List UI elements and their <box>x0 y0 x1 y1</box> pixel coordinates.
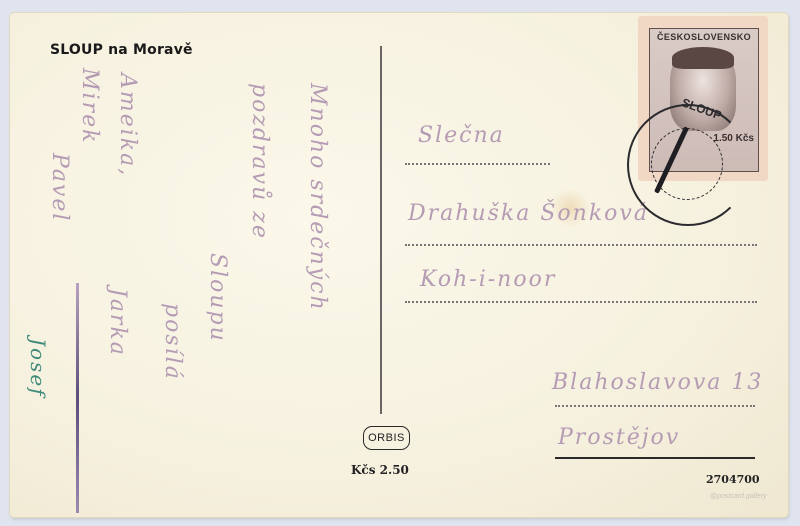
address-rule <box>555 405 755 407</box>
serial-number: 2704700 <box>706 473 760 486</box>
postmark-inner-ring <box>651 128 723 200</box>
address-line: Blahoslavova 13 <box>552 370 763 395</box>
message-line: Jarka <box>105 288 130 357</box>
address-rule <box>405 163 550 165</box>
address-line: Drahuška Šonková <box>408 201 649 226</box>
publisher-logo: ORBIS <box>363 426 410 450</box>
address-rule-underline <box>555 457 755 459</box>
postmark-icon: SLOUP <box>627 104 749 226</box>
stamp-country: ČESKOSLOVENSKO <box>650 32 758 42</box>
price-label: Kčs 2.50 <box>351 463 409 477</box>
place-title: SLOUP na Moravě <box>50 42 193 58</box>
address-line: Prostějov <box>558 425 680 450</box>
message-line: pozdravů ze <box>247 83 272 240</box>
ink-stroke <box>76 283 79 513</box>
address-rule <box>405 301 757 303</box>
portrait-hair <box>672 47 734 69</box>
message-line: posílá <box>160 303 185 381</box>
message-line: Ameika, <box>115 73 140 177</box>
message-line: Mnoho srdečných <box>305 83 330 312</box>
address-line: Koh-i-noor <box>420 267 556 292</box>
postcard-back: SLOUP na Moravě Mnoho srdečných pozdravů… <box>10 13 788 517</box>
green-signature: Josef <box>26 338 50 398</box>
address-rule <box>405 244 757 246</box>
address-line: Slečna <box>418 123 505 148</box>
watermark: @postcard.gallery <box>710 493 767 500</box>
message-line: Sloupu <box>205 253 230 343</box>
message-line: Pavel <box>47 153 72 222</box>
center-divider <box>380 46 382 414</box>
message-line: Mirek <box>77 68 102 144</box>
